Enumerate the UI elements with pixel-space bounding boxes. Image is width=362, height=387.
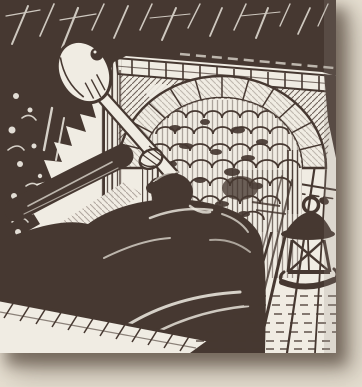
cap-brim	[146, 182, 162, 194]
scan-edge-shading	[324, 0, 336, 353]
book-illustration	[0, 0, 336, 353]
illustration-canvas	[0, 0, 336, 353]
spade-socket-hole	[91, 48, 104, 61]
